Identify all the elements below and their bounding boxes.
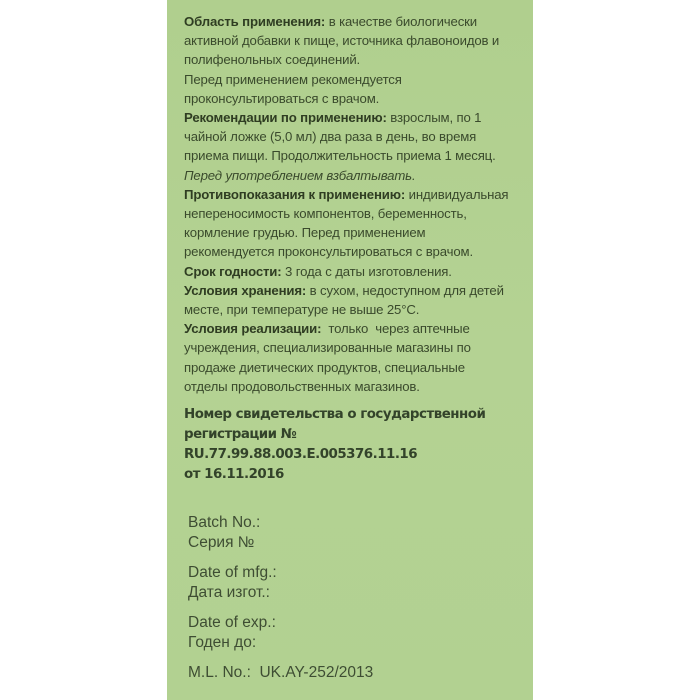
info-text: учреждения, специализированные магазины … — [184, 340, 471, 355]
exp-date-label-en: Date of exp.: — [188, 613, 518, 633]
info-text: взрослым, по 1 — [387, 110, 482, 125]
info-line: чайной ложке (5,0 мл) два раза в день, в… — [184, 127, 529, 146]
info-line: рекомендуется проконсультироваться с вра… — [184, 242, 529, 261]
mfg-date-field: Date of mfg.: Дата изгот.: — [188, 563, 518, 602]
heading-area-of-use: Область применения: — [184, 14, 325, 29]
info-line: Противопоказания к применению: индивидуа… — [184, 185, 529, 204]
info-text: чайной ложке (5,0 мл) два раза в день, в… — [184, 129, 476, 144]
info-line: Условия реализации: только через аптечны… — [184, 319, 529, 338]
info-text: продаже диетических продуктов, специальн… — [184, 360, 465, 375]
mfg-date-label-en: Date of mfg.: — [188, 563, 518, 583]
info-text: непереносимость компонентов, беременност… — [184, 206, 467, 221]
shake-note: Перед употреблением взбалтывать. — [184, 168, 415, 183]
ml-number: M.L. No.: UK.AY-252/2013 — [188, 663, 518, 683]
info-line: Область применения: в качестве биологиче… — [184, 12, 529, 31]
info-text: 3 года с даты изготовления. — [282, 264, 452, 279]
info-line: Рекомендации по применению: взрослым, по… — [184, 108, 529, 127]
heading-shelf-life: Срок годности: — [184, 264, 282, 279]
info-line: Срок годности: 3 года с даты изготовлени… — [184, 262, 529, 281]
info-text: в сухом, недоступном для детей — [306, 283, 504, 298]
info-line: продаже диетических продуктов, специальн… — [184, 358, 529, 377]
batch-field: Batch No.: Серия № — [188, 513, 518, 552]
product-info-text: Область применения: в качестве биологиче… — [184, 12, 529, 396]
registration-number: регистрации № RU.77.99.88.003.E.005376.1… — [184, 425, 529, 465]
heading-storage: Условия хранения: — [184, 283, 306, 298]
info-line: месте, при температуре не выше 25°C. — [184, 300, 529, 319]
info-line: приема пищи. Продолжительность приема 1 … — [184, 146, 529, 165]
info-line: Перед применением рекомендуется — [184, 70, 529, 89]
info-text: активной добавки к пище, источника флаво… — [184, 33, 499, 48]
info-text: отделы продовольственных магазинов. — [184, 379, 420, 394]
exp-date-label-ru: Годен до: — [188, 633, 518, 653]
batch-label-ru: Серия № — [188, 533, 518, 553]
info-text: только через аптечные — [321, 321, 469, 336]
info-text: кормление грудью. Перед применением — [184, 225, 425, 240]
info-text: в качестве биологически — [325, 14, 477, 29]
registration-date: от 16.11.2016 — [184, 465, 529, 485]
info-line: непереносимость компонентов, беременност… — [184, 204, 529, 223]
info-line: Условия хранения: в сухом, недоступном д… — [184, 281, 529, 300]
info-line: проконсультироваться с врачом. — [184, 89, 529, 108]
info-text: Перед применением рекомендуется — [184, 72, 402, 87]
exp-date-field: Date of exp.: Годен до: — [188, 613, 518, 652]
info-text: месте, при температуре не выше 25°C. — [184, 302, 419, 317]
info-text: приема пищи. Продолжительность приема 1 … — [184, 148, 496, 163]
batch-label-en: Batch No.: — [188, 513, 518, 533]
batch-fields: Batch No.: Серия № Date of mfg.: Дата из… — [188, 513, 518, 683]
registration-line: Номер свидетельства о государственной — [184, 405, 529, 425]
info-text: индивидуальная — [405, 187, 508, 202]
info-line: активной добавки к пище, источника флаво… — [184, 31, 529, 50]
info-line: кормление грудью. Перед применением — [184, 223, 529, 242]
registration-certificate: Номер свидетельства о государственной ре… — [184, 405, 529, 485]
info-line: Перед употреблением взбалтывать. — [184, 166, 529, 185]
heading-sale-conditions: Условия реализации: — [184, 321, 321, 336]
info-line: учреждения, специализированные магазины … — [184, 338, 529, 357]
info-line: полифенольных соединений. — [184, 50, 529, 69]
info-text: рекомендуется проконсультироваться с вра… — [184, 244, 473, 259]
info-text: полифенольных соединений. — [184, 52, 360, 67]
info-line: отделы продовольственных магазинов. — [184, 377, 529, 396]
heading-usage: Рекомендации по применению: — [184, 110, 387, 125]
mfg-date-label-ru: Дата изгот.: — [188, 583, 518, 603]
heading-contraindications: Противопоказания к применению: — [184, 187, 405, 202]
info-text: проконсультироваться с врачом. — [184, 91, 379, 106]
